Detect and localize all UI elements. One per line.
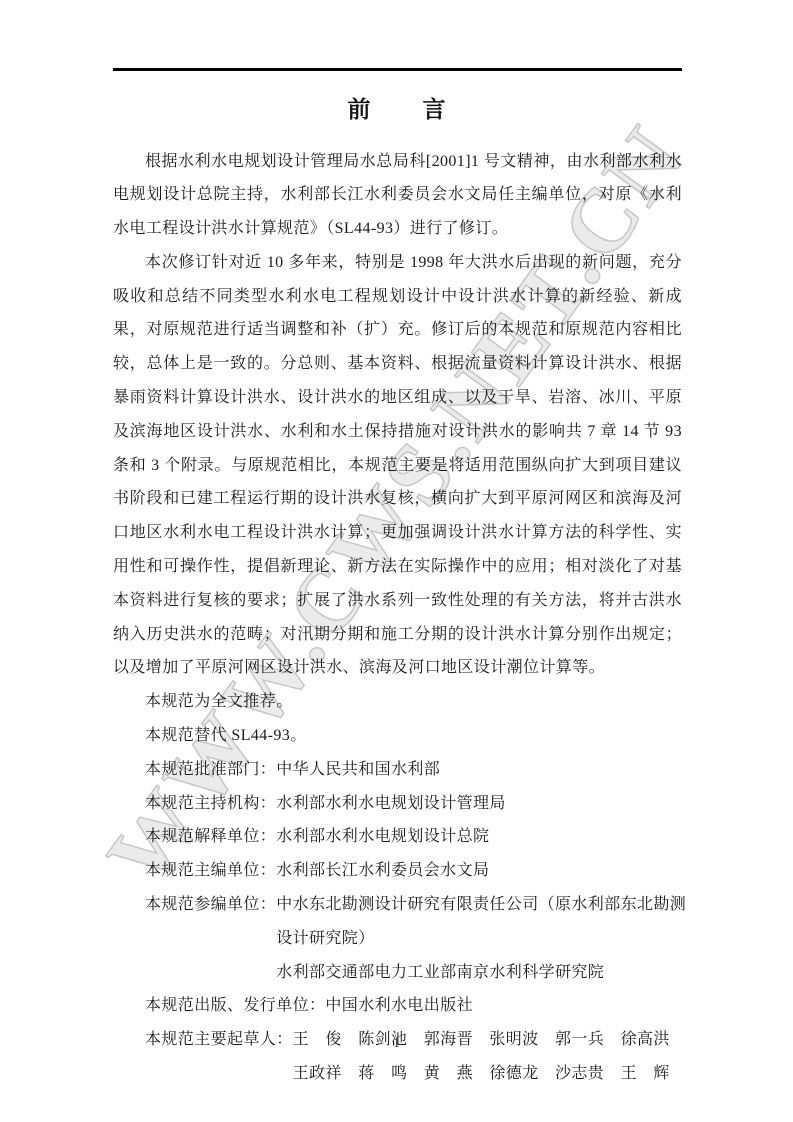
paragraph-replaces: 本规范替代 SL44-93。 bbox=[113, 719, 682, 753]
page-content: 前 言 根据水利水电规划设计管理局水总局科[2001]1 号文精神，由水利部水利… bbox=[113, 68, 682, 1091]
info-row-publisher: 本规范出版、发行单位： 中国水利水电出版社 bbox=[113, 989, 682, 1023]
info-row-approval-dept: 本规范批准部门： 中华人民共和国水利部 bbox=[113, 753, 682, 787]
info-label: 本规范主编单位： bbox=[145, 854, 276, 888]
info-label: 本规范批准部门： bbox=[145, 753, 276, 787]
info-row-interpretation-unit: 本规范解释单位： 水利部水利水电规划设计总院 bbox=[113, 820, 682, 854]
info-label: 本规范主持机构： bbox=[145, 787, 276, 821]
info-value: 水利部长江水利委员会水文局 bbox=[276, 854, 489, 888]
paragraph-recommendation: 本规范为全文推荐。 bbox=[113, 685, 682, 719]
info-value: 中水东北勘测设计研究有限责任公司（原水利部东北勘测 设计研究院） 水利部交通部电… bbox=[276, 888, 682, 989]
info-label: 本规范参编单位： bbox=[145, 888, 276, 922]
info-row-chief-editor-unit: 本规范主编单位： 水利部长江水利委员会水文局 bbox=[113, 854, 682, 888]
header-rule bbox=[113, 68, 682, 71]
info-label: 本规范出版、发行单位： bbox=[145, 989, 325, 1023]
page-title: 前 言 bbox=[113, 95, 682, 125]
info-row-hosting-org: 本规范主持机构： 水利部水利水电规划设计管理局 bbox=[113, 787, 682, 821]
info-value: 中华人民共和国水利部 bbox=[276, 753, 440, 787]
info-label: 本规范解释单位： bbox=[145, 820, 276, 854]
paragraph-intro: 根据水利水电规划设计管理局水总局科[2001]1 号文精神，由水利部水利水电规划… bbox=[113, 145, 682, 246]
info-row-drafters: 本规范主要起草人： 王 俊 陈剑池 郭海晋 张明波 郭一兵 徐高洪 王政祥 蒋 … bbox=[113, 1023, 682, 1091]
info-value: 中国水利水电出版社 bbox=[325, 989, 473, 1023]
info-value: 王 俊 陈剑池 郭海晋 张明波 郭一兵 徐高洪 王政祥 蒋 鸣 黄 燕 徐德龙 … bbox=[293, 1023, 670, 1091]
info-value: 水利部水利水电规划设计总院 bbox=[276, 820, 489, 854]
paragraph-revision: 本次修订针对近 10 多年来，特别是 1998 年大洪水后出现的新问题，充分吸收… bbox=[113, 246, 682, 685]
page-number: 1 bbox=[0, 1036, 793, 1052]
info-value: 水利部水利水电规划设计管理局 bbox=[276, 787, 506, 821]
info-row-participating-units: 本规范参编单位： 中水东北勘测设计研究有限责任公司（原水利部东北勘测 设计研究院… bbox=[113, 888, 682, 989]
document-page: WWW.CWS.NET.CN 前 言 根据水利水电规划设计管理局水总局科[200… bbox=[0, 0, 793, 1122]
